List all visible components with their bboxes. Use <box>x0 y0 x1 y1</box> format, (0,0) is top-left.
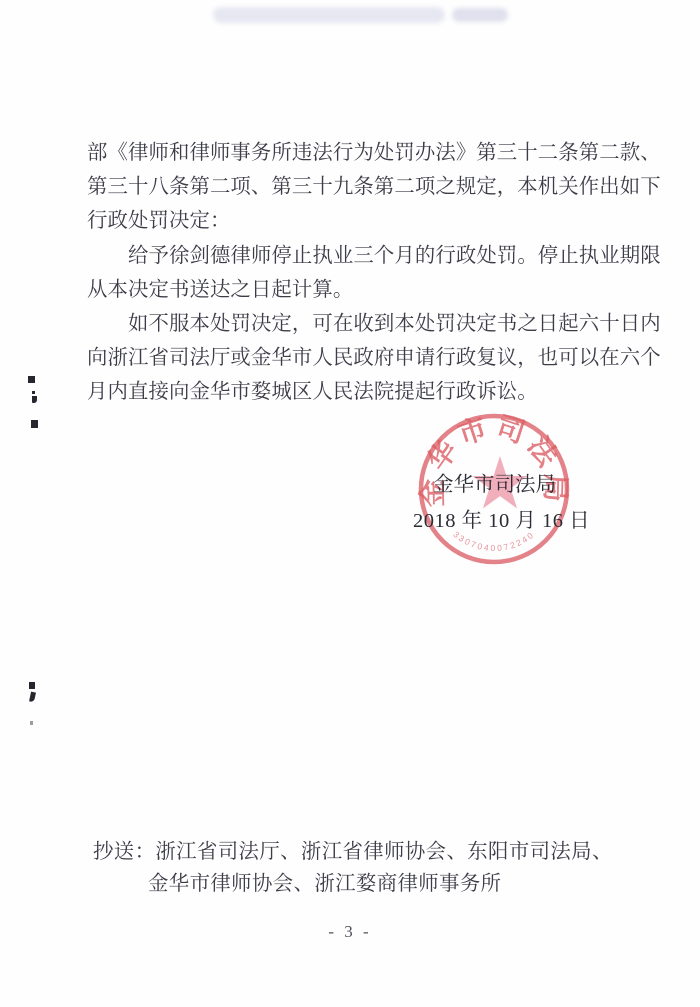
signature-date: 2018 年 10 月 16 日 <box>413 503 590 533</box>
body-line: 部《律师和律师事务所违法行为处罚办法》第三十二条第二款、 <box>87 136 661 170</box>
scan-artifact <box>30 721 33 725</box>
cc-line-1: 抄送：浙江省司法厅、浙江省律师协会、东阳市司法局、 <box>93 836 613 868</box>
body-line: 如不服本处罚决定，可在收到本处罚决定书之日起六十日内 <box>87 307 661 341</box>
scan-artifact <box>32 396 37 403</box>
cc-line-2: 金华市律师协会、浙江婺商律师事务所 <box>148 868 613 900</box>
scan-artifact <box>29 682 35 689</box>
scan-artifact <box>31 420 38 428</box>
scanned-document-page: 部《律师和律师事务所违法行为处罚办法》第三十二条第二款、 第三十八条第二项、第三… <box>0 0 700 1007</box>
cc-recipients-2: 金华市律师协会、浙江婺商律师事务所 <box>148 873 501 895</box>
signature-agency: 金华市司法局 <box>433 467 556 497</box>
body-line: 给予徐剑德律师停止执业三个月的行政处罚。停止执业期限 <box>87 239 661 273</box>
body-line: 第三十八条第二项、第三十九条第二项之规定，本机关作出如下 <box>87 170 661 204</box>
scan-artifact <box>29 692 36 703</box>
scan-artifact <box>32 391 35 394</box>
cc-recipients-1: 浙江省司法厅、浙江省律师协会、东阳市司法局、 <box>155 841 612 863</box>
body-line: 从本决定书送达之日起计算。 <box>87 273 661 307</box>
document-body: 部《律师和律师事务所违法行为处罚办法》第三十二条第二款、 第三十八条第二项、第三… <box>87 136 661 410</box>
scan-artifact <box>28 376 35 383</box>
scan-smudge <box>213 7 445 23</box>
body-line: 向浙江省司法厅或金华市人民政府申请行政复议，也可以在六个 <box>87 341 661 375</box>
cc-footer: 抄送：浙江省司法厅、浙江省律师协会、东阳市司法局、 金华市律师协会、浙江婺商律师… <box>93 836 613 900</box>
body-line: 行政处罚决定： <box>87 204 661 238</box>
page-number: - 3 - <box>0 922 700 942</box>
scan-smudge <box>452 8 508 22</box>
cc-label: 抄送： <box>93 841 155 863</box>
